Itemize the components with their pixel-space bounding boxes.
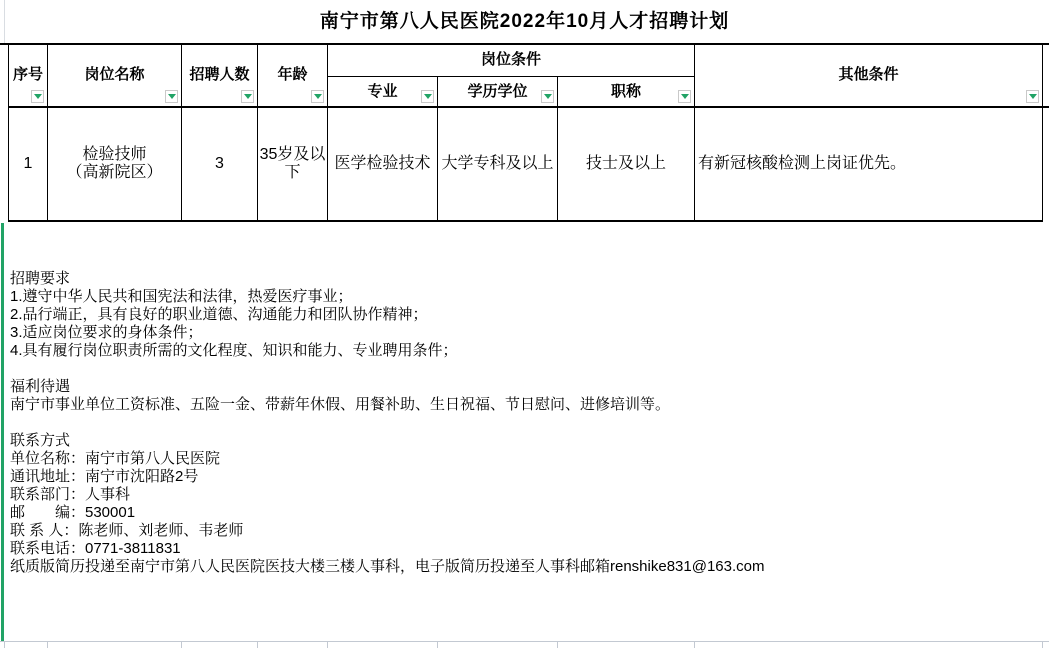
note-line: 通讯地址：南宁市沈阳路2号	[10, 468, 1040, 486]
note-line: 福利待遇	[10, 378, 1040, 396]
filter-dropdown-icon	[1029, 94, 1037, 99]
filter-button-gangwei[interactable]	[165, 90, 178, 103]
note-line: 联系方式	[10, 432, 1040, 450]
gridline-tick	[557, 642, 558, 648]
gridline-tick	[1042, 642, 1043, 648]
note-line: 联系部门：人事科	[10, 486, 1040, 504]
gridline	[4, 0, 5, 44]
filter-button-zhicheng[interactable]	[678, 90, 691, 103]
note-line: 4.具有履行岗位职责所需的文化程度、知识和能力、专业聘用条件；	[10, 342, 1040, 360]
cell-zhicheng[interactable]: 技士及以上	[558, 108, 694, 220]
note-line: 1.遵守中华人民共和国宪法和法律，热爱医疗事业；	[10, 288, 1040, 306]
filter-button-nianling[interactable]	[311, 90, 324, 103]
gridline-tick	[437, 642, 438, 648]
gridline-tick	[694, 642, 695, 648]
header-gangwei-mingcheng[interactable]: 岗位名称	[48, 44, 181, 106]
cell-gangwei-mingcheng[interactable]: 检验技师 （高新院区）	[48, 108, 181, 220]
note-line: 单位名称：南宁市第八人民医院	[10, 450, 1040, 468]
cell-qita-tiaojian[interactable]: 有新冠核酸检测上岗证优先。	[695, 108, 1042, 220]
note-line: 3.适应岗位要求的身体条件；	[10, 324, 1040, 342]
selection-edge	[1, 223, 4, 641]
filter-button-xuhao[interactable]	[31, 90, 44, 103]
filter-button-xueli[interactable]	[541, 90, 554, 103]
cell-xuhao[interactable]: 1	[9, 108, 47, 220]
header-tiaojian-label: 岗位条件	[481, 51, 541, 68]
page-title: 南宁市第八人民医院2022年10月人才招聘计划	[0, 0, 1049, 44]
gridline-tick	[47, 642, 48, 648]
header-xueli-xuewei[interactable]: 学历学位	[438, 77, 557, 106]
note-line: 纸质版简历投递至南宁市第八人民医院医技大楼三楼人事科，电子版简历投递至人事科邮箱…	[10, 558, 1040, 576]
cell-zhuanye[interactable]: 医学检验技术	[328, 108, 437, 220]
table-border	[8, 220, 1043, 222]
cell-zhaopin-renshu[interactable]: 3	[182, 108, 257, 220]
note-line: 联 系 人：陈老师、刘老师、韦老师	[10, 522, 1040, 540]
header-gangwei-label: 岗位名称	[84, 66, 144, 83]
table-border	[1042, 43, 1043, 222]
note-line: 招聘要求	[10, 270, 1040, 288]
header-xueli-label: 学历学位	[467, 83, 527, 100]
header-zhuanye-label: 专业	[367, 83, 397, 100]
header-qita-label: 其他条件	[838, 66, 898, 83]
filter-dropdown-icon	[544, 94, 552, 99]
gridline-tick	[257, 642, 258, 648]
header-gangwei-tiaojian[interactable]: 岗位条件	[328, 44, 694, 76]
filter-dropdown-icon	[34, 94, 42, 99]
header-zhicheng-label: 职称	[611, 83, 641, 100]
cell-xueli-xuewei[interactable]: 大学专科及以上	[438, 108, 557, 220]
note-line: 南宁市事业单位工资标准、五险一金、带薪年休假、用餐补助、生日祝福、节日慰问、进修…	[10, 396, 1040, 414]
gridline-tick	[181, 642, 182, 648]
header-renshu-label: 招聘人数	[189, 66, 249, 83]
filter-dropdown-icon	[424, 94, 432, 99]
notes-block[interactable]: 招聘要求 1.遵守中华人民共和国宪法和法律，热爱医疗事业； 2.品行端正，具有良…	[10, 270, 1040, 576]
header-qita-tiaojian[interactable]: 其他条件	[695, 44, 1042, 106]
filter-dropdown-icon	[681, 94, 689, 99]
header-xuhao-label: 序号	[13, 66, 43, 83]
note-line: 2.品行端正，具有良好的职业道德、沟通能力和团队协作精神；	[10, 306, 1040, 324]
note-line: 邮 编：530001	[10, 504, 1040, 522]
header-zhicheng[interactable]: 职称	[558, 77, 694, 106]
gridline-tick	[4, 642, 5, 648]
note-line	[10, 414, 1040, 432]
filter-button-renshu[interactable]	[241, 90, 254, 103]
filter-button-zhuanye[interactable]	[421, 90, 434, 103]
note-line: 联系电话：0771-3811831	[10, 540, 1040, 558]
header-nianling-label: 年龄	[277, 66, 307, 83]
note-line	[10, 360, 1040, 378]
filter-dropdown-icon	[244, 94, 252, 99]
cell-nianling[interactable]: 35岁及以 下	[258, 108, 327, 220]
gridline-tick	[327, 642, 328, 648]
filter-button-qita[interactable]	[1026, 90, 1039, 103]
filter-dropdown-icon	[314, 94, 322, 99]
spreadsheet-page: 南宁市第八人民医院2022年10月人才招聘计划 序号 岗位名称 招聘人数 年龄 …	[0, 0, 1049, 648]
gridline	[0, 641, 1049, 642]
filter-dropdown-icon	[168, 94, 176, 99]
